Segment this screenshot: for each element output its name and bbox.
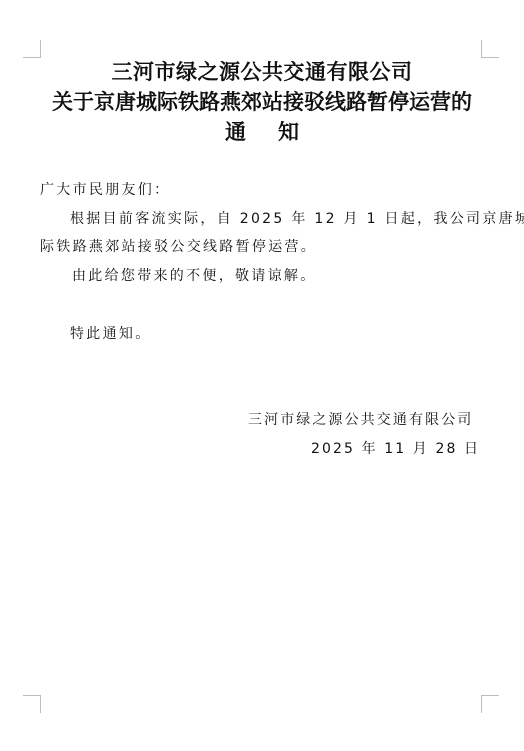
signature-date: 2025 年 11 月 28 日: [311, 439, 480, 459]
salutation: 广大市民朋友们：: [40, 180, 170, 200]
paragraph-1-line-2: 际铁路燕郊站接驳公交线路暂停运营。: [40, 237, 317, 257]
document-page: 三河市绿之源公共交通有限公司 关于京唐城际铁路燕郊站接驳线路暂停运营的 通知 广…: [0, 0, 524, 751]
title-line-2: 关于京唐城际铁路燕郊站接驳线路暂停运营的: [0, 87, 524, 117]
corner-mark-top-left: [23, 40, 41, 58]
corner-mark-top-right: [481, 40, 499, 58]
title-line-1: 三河市绿之源公共交通有限公司: [0, 57, 524, 87]
closing-text: 特此通知。: [70, 324, 152, 344]
title-char-2: 知: [278, 119, 299, 144]
title-char-1: 通: [225, 119, 246, 144]
corner-mark-bottom-left: [23, 695, 41, 713]
paragraph-2: 由此给您带来的不便，敬请谅解。: [72, 266, 317, 286]
signature-company: 三河市绿之源公共交通有限公司: [248, 410, 473, 430]
paragraph-1-line-1: 根据目前客流实际，自 2025 年 12 月 1 日起，我公司京唐城: [70, 209, 524, 229]
corner-mark-bottom-right: [481, 695, 499, 713]
title-line-3: 通知: [0, 117, 524, 147]
